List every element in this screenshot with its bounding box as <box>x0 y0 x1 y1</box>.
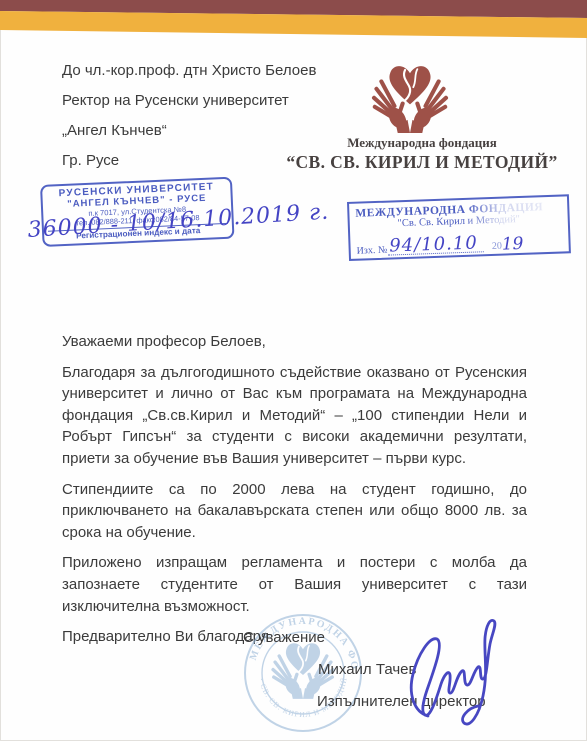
ref-label: Изх. № <box>357 245 388 257</box>
handwritten-year: 19 <box>502 237 524 252</box>
addressee-line: Ректор на Русенски университет <box>62 86 316 116</box>
printed-year-prefix: 20 <box>492 241 502 252</box>
outgoing-number-row: Изх. № 94/10.10 20 19 <box>356 233 562 257</box>
salutation: Уважаеми професор Белоев, <box>62 331 527 353</box>
paragraph-2: Стипендиите са по 2000 лева на студент г… <box>62 479 527 544</box>
foundation-letterhead: Международна фондация “СВ. СВ. КИРИЛ И М… <box>272 135 572 173</box>
foundation-name-large: “СВ. СВ. КИРИЛ И МЕТОДИЙ” <box>272 152 572 173</box>
hands-heart-logo-icon <box>368 61 452 133</box>
foundation-outgoing-stamp: МЕЖДУНАРОДНА ФОНДАЦИЯ "Св. Св. Кирил и М… <box>347 194 571 261</box>
closing-regards: С уважение <box>243 629 325 646</box>
letter-body: Уважаеми професор Белоев, Благодаря за д… <box>62 331 527 648</box>
paragraph-1: Благодаря за дългогодишното съдействие о… <box>62 362 527 470</box>
paragraph-3: Приложено изпращам регламента и постери … <box>62 552 527 617</box>
foundation-name-small: Международна фондация <box>272 135 572 151</box>
handwritten-ref-number: 94/10.10 <box>387 235 484 255</box>
addressee-line: До чл.-кор.проф. дтн Христо Белоев <box>62 56 316 86</box>
letter-page: До чл.-кор.проф. дтн Христо Белоев Ректо… <box>0 0 587 741</box>
pen-signature <box>398 612 506 734</box>
